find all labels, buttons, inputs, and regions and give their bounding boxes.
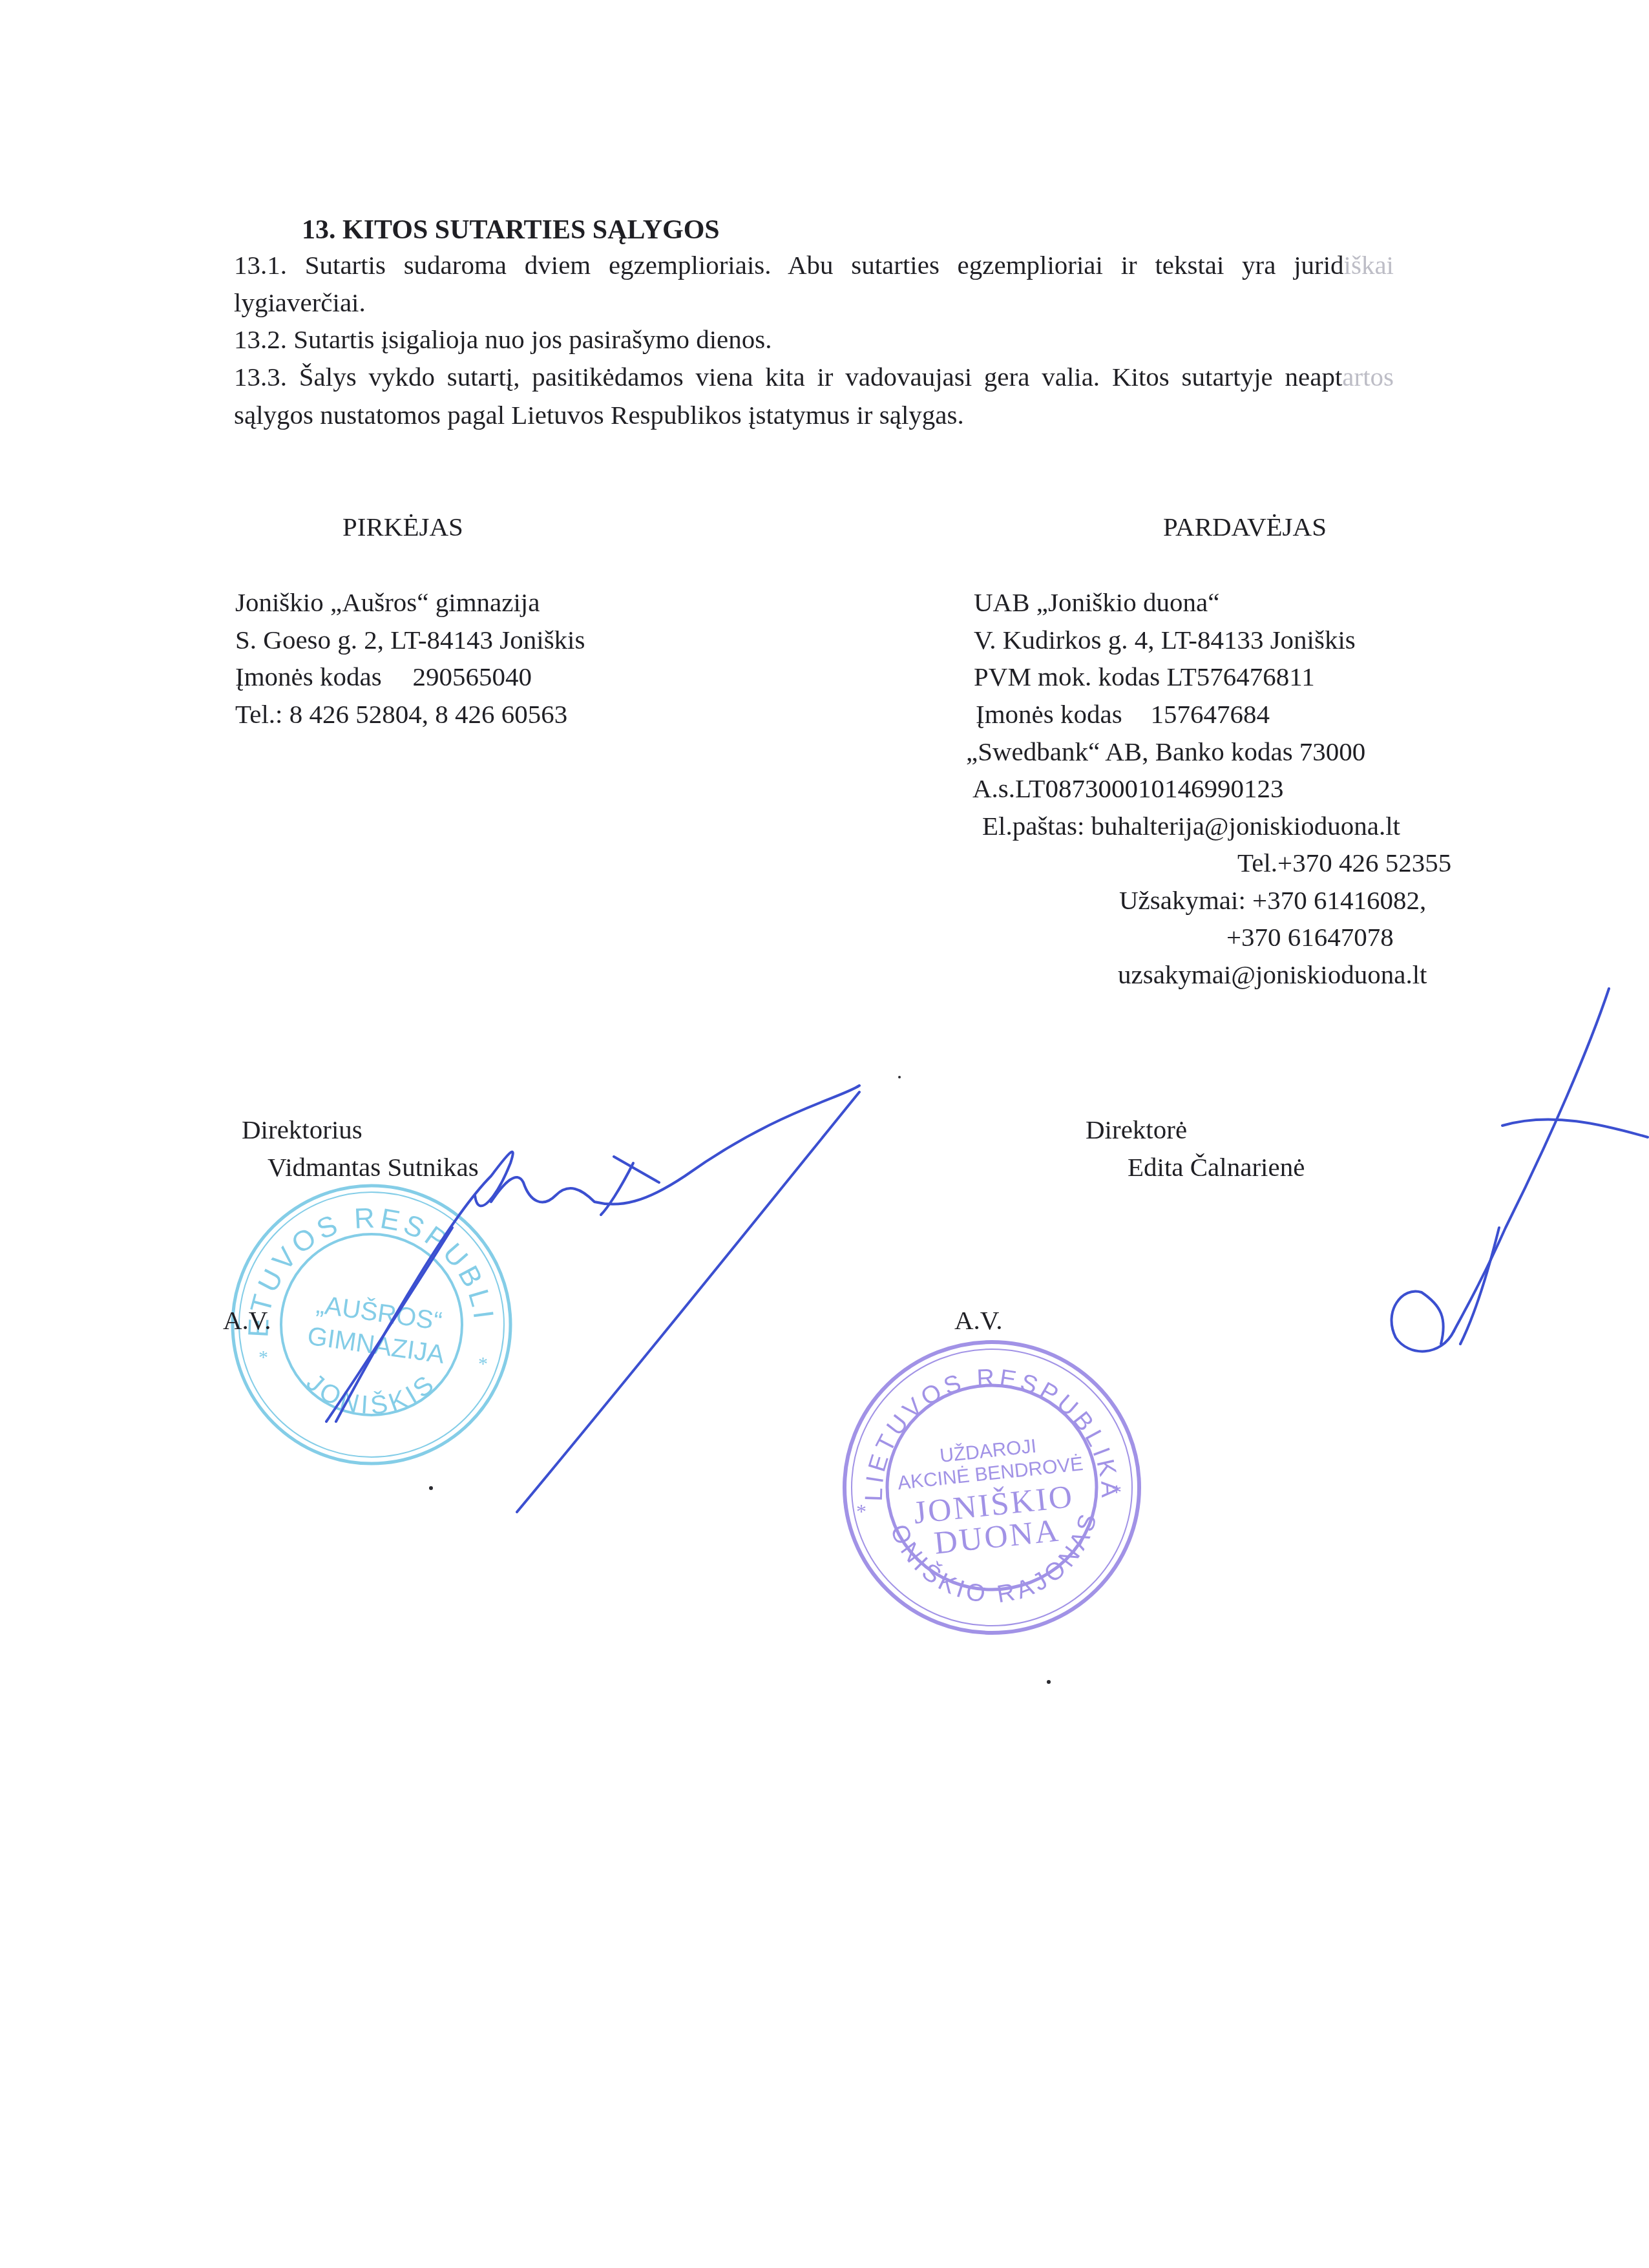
scan-speck xyxy=(429,1486,433,1490)
scan-speck xyxy=(1047,1680,1051,1684)
buyer-signature xyxy=(326,1086,859,1512)
seller-signature xyxy=(1392,989,1648,1351)
scan-speck xyxy=(898,1076,901,1078)
signatures xyxy=(0,0,1649,2268)
